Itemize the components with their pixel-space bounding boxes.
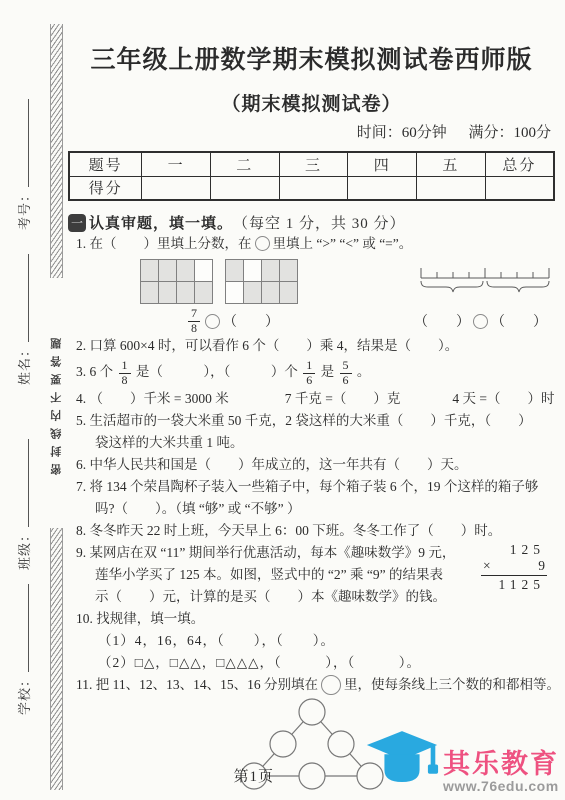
question-5: 5. 生活超市的一袋大米重 50 千克，2 袋这样的大米重（ ）千克，（ ） 袋…	[68, 410, 555, 454]
question-1-right-answers: （ ）（ ）	[414, 311, 547, 331]
multiply-operator: ×	[483, 558, 491, 574]
exam-paper: 三年级上册数学期末模拟测试卷西师版 （期末模拟测试卷） 时间：60分钟 满分：1…	[68, 0, 555, 800]
question-2: 2. 口算 600×4 时，可以看作 6 个（ ）乘 4，结果是（ ）。	[68, 335, 555, 357]
question-5-line1: 5. 生活超市的一袋大米重 50 千克，2 袋这样的大米重（ ）千克，（ ）	[68, 410, 555, 432]
question-9: 9. 某网店在双 “11” 期间举行优惠活动，每本《趣味数学》9 元， 莲华小学…	[68, 542, 555, 608]
score-table-header-row: 题号 一 二 三 四 五 总分	[69, 152, 554, 176]
score-col-total: 总分	[485, 152, 554, 176]
question-1-figures	[68, 259, 555, 304]
exam-info-line: 时间：60分钟 满分：100分	[68, 121, 555, 142]
question-2-text: 2. 口算 600×4 时，可以看作 6 个（ ）乘 4，结果是（ ）。	[68, 335, 555, 357]
product: 1125	[481, 576, 547, 593]
shaded-cell	[141, 282, 158, 303]
score-cell	[348, 176, 417, 200]
section-one-title: 认真审题，填一填。	[89, 212, 233, 233]
shaded-cell	[159, 260, 176, 281]
question-3-text: 3. 6 个 18 是（ ），（ ）个 16 是 56 。	[68, 357, 555, 388]
shaded-cell	[177, 260, 194, 281]
shaded-cell	[262, 282, 279, 303]
site-logo: 其乐教育 www.76edu.com	[365, 729, 559, 794]
class-label: 班级：	[17, 528, 32, 570]
score-col-1: 一	[142, 152, 211, 176]
question-10-text: 10. 找规律，填一填。	[68, 608, 555, 630]
compare-circle-icon	[255, 236, 270, 251]
score-table: 题号 一 二 三 四 五 总分 得分	[68, 151, 555, 201]
score-cell	[210, 176, 279, 200]
logo-url: www.76edu.com	[443, 778, 559, 794]
shaded-cell	[244, 282, 261, 303]
question-6-text: 6. 中华人民共和国是（ ）年成立的，这一年共有（ ）天。	[68, 454, 555, 476]
question-10-sub1: （1）4，16，64，（ ），（ ）。	[68, 630, 555, 652]
class-field: 班级：	[14, 439, 33, 570]
score-col-5: 五	[417, 152, 486, 176]
shaded-cell	[280, 282, 297, 303]
paper-title: 三年级上册数学期末模拟测试卷西师版	[68, 40, 555, 76]
fraction-seven-eighths: 78	[188, 307, 200, 336]
question-4-seg2: 7 千克 =（ ）克	[285, 388, 401, 410]
fraction-grid-left	[140, 259, 213, 304]
class-blank	[18, 439, 29, 527]
fraction-grid-right	[225, 259, 298, 304]
page-number: 第1页	[234, 765, 275, 786]
paper-subtitle: （期末模拟测试卷）	[68, 89, 555, 116]
compare-circle-icon	[473, 314, 488, 329]
question-8-text: 8. 冬冬昨天 22 时上班，今天早上 6：00 下班。冬冬工作了（ ）时。	[68, 520, 555, 542]
score-cell	[142, 176, 211, 200]
question-7-line2: 吗?（ ）。（填 “够” 或 “不够” ）	[68, 498, 555, 520]
graduation-cap-icon	[365, 729, 439, 792]
question-7: 7. 将 134 个荣昌陶杯子装入一些箱子中，每个箱子装 6 个，19 个这样的…	[68, 476, 555, 520]
empty-cell	[244, 260, 261, 281]
empty-cell	[195, 260, 212, 281]
blank: （ ）	[414, 315, 470, 330]
full-score: 满分：100分	[468, 125, 551, 141]
question-8: 8. 冬冬昨天 22 时上班，今天早上 6：00 下班。冬冬工作了（ ）时。	[68, 520, 555, 542]
shaded-cell	[280, 260, 297, 281]
empty-cell	[226, 282, 243, 303]
score-cell	[485, 176, 554, 200]
school-label: 学校：	[17, 673, 32, 715]
blank: （ ）	[223, 311, 279, 331]
blank: （ ）	[491, 315, 547, 330]
school-blank	[18, 584, 29, 672]
multiplier-row: × 9	[481, 558, 547, 576]
exam-number-blank	[18, 99, 29, 187]
school-field: 学校：	[14, 584, 33, 715]
shaded-cell	[159, 282, 176, 303]
question-10: 10. 找规律，填一填。 （1）4，16，64，（ ），（ ）。 （2）□△，□…	[68, 608, 555, 674]
question-11-text: 11. 把 11、12、13、14、15、16 分别填在里，使每条线上三个数的和…	[68, 674, 555, 696]
shaded-cell	[177, 282, 194, 303]
fraction-five-sixths: 56	[340, 359, 352, 388]
student-name-label: 姓名：	[17, 343, 32, 385]
number-line-figure	[419, 265, 551, 295]
fraction-one-sixth: 16	[303, 359, 315, 388]
question-1: 1. 在（ ）里填上分数，在里填上 “>” “<” 或 “=”。	[68, 233, 555, 335]
section-one-header: 一 认真审题，填一填。 （每空 1 分，共 30 分）	[68, 212, 555, 233]
question-1-answers: 78 （ ） （ ）（ ）	[68, 307, 555, 335]
seal-warning-text: 密封线内不要答题	[49, 278, 65, 528]
time-limit: 时间：60分钟	[357, 125, 447, 141]
question-3: 3. 6 个 18 是（ ），（ ）个 16 是 56 。	[68, 357, 555, 388]
multiplier: 9	[538, 558, 545, 574]
score-table-score-row: 得分	[69, 176, 554, 200]
score-col-3: 三	[279, 152, 348, 176]
score-row-label: 得分	[69, 176, 142, 200]
fraction-one-eighth: 18	[119, 359, 131, 388]
score-col-4: 四	[348, 152, 417, 176]
score-col-2: 二	[210, 152, 279, 176]
section-one-note: （每空 1 分，共 30 分）	[233, 212, 406, 233]
student-name-blank	[18, 254, 29, 342]
score-cell	[417, 176, 486, 200]
score-cell	[279, 176, 348, 200]
fill-circle-icon	[321, 675, 341, 695]
shaded-cell	[262, 260, 279, 281]
exam-number-field: 考号：	[14, 99, 33, 230]
compare-circle-icon	[205, 314, 220, 329]
shaded-cell	[141, 260, 158, 281]
student-name-field: 姓名：	[14, 254, 33, 385]
exam-number-label: 考号：	[17, 188, 32, 230]
section-one-badge-icon: 一	[68, 214, 86, 232]
question-10-sub2: （2）□△，□△△，□△△△，（ ），（ ）。	[68, 652, 555, 674]
question-7-line1: 7. 将 134 个荣昌陶杯子装入一些箱子中，每个箱子装 6 个，19 个这样的…	[68, 476, 555, 498]
question-4-seg3: 4 天 =（ ）时	[452, 388, 554, 410]
question-5-line2: 袋这样的大米共重 1 吨。	[68, 432, 555, 454]
shaded-cell	[195, 282, 212, 303]
vertical-multiplication-figure: 125 × 9 1125	[481, 542, 547, 593]
logo-name: 其乐教育	[443, 750, 559, 778]
multiplicand: 125	[481, 542, 547, 558]
score-col-header: 题号	[69, 152, 142, 176]
shaded-cell	[226, 260, 243, 281]
question-6: 6. 中华人民共和国是（ ）年成立的，这一年共有（ ）天。	[68, 454, 555, 476]
question-4-seg1: 4. （ ）千米 = 3000 米	[76, 388, 229, 410]
question-1-text: 1. 在（ ）里填上分数，在里填上 “>” “<” 或 “=”。	[68, 233, 555, 255]
question-4: 4. （ ）千米 = 3000 米 7 千克 =（ ）克 4 天 =（ ）时	[68, 388, 555, 410]
